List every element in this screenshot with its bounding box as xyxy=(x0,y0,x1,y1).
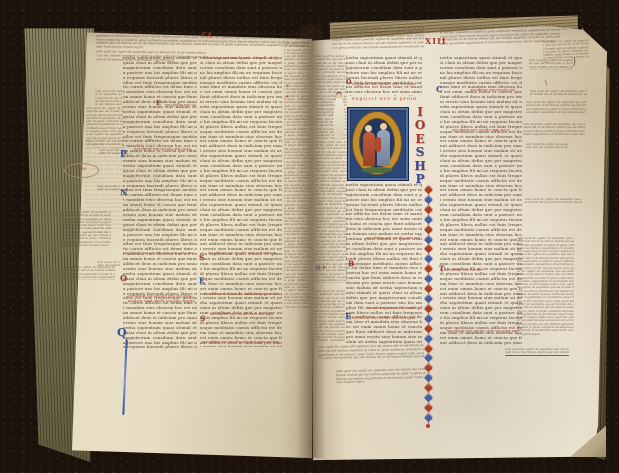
rubricated-line: osculetur me osculo oris sui quia melior… xyxy=(208,251,278,256)
pen-flourished-initial: S xyxy=(200,315,205,322)
margin-tick: \ xyxy=(545,81,547,87)
rubricated-line: osculetur me osculo oris sui quia melior… xyxy=(123,251,194,256)
left-margin-note: nota quod hic agitur de sapientia que es… xyxy=(95,90,122,105)
paraph-text: Que xyxy=(77,168,86,173)
chain-bead xyxy=(423,353,433,363)
pen-flourished-initial: Q xyxy=(117,327,127,338)
pen-flourished-initial: E xyxy=(199,277,204,284)
left-margin-note: nota quod hic agitur de sapientia que es… xyxy=(86,107,123,148)
marginal-figure-body xyxy=(331,98,347,140)
chain-bead xyxy=(423,224,433,234)
rubricated-line: osculetur me osculo oris sui quia melior… xyxy=(204,292,278,297)
margin-brace: } xyxy=(572,57,577,67)
left-margin-note: nota quod hic agitur de sapientia que es… xyxy=(60,211,111,250)
display-capital: I xyxy=(417,106,423,119)
chain-bead xyxy=(423,402,433,412)
right-margin-note: nota quod hic agitur de sapientia que es… xyxy=(523,123,585,136)
vertical-display-capitals: I O E S H P xyxy=(408,106,432,188)
pen-flourished-initial: O xyxy=(346,80,351,86)
figure-red-robe xyxy=(363,132,375,166)
chain-bead xyxy=(423,294,433,304)
rubricated-line: osculetur me osculo oris sui quia melior… xyxy=(366,236,420,241)
rubricated-line: osculetur me osculo oris sui quia melior… xyxy=(352,82,420,87)
chain-bead xyxy=(423,383,433,393)
lower-margin-annotation: nota quod hic agitur de sapientia que es… xyxy=(318,344,424,360)
historiated-initial-panel xyxy=(347,107,409,181)
left-margin-paraph-ornament: Que xyxy=(64,163,99,178)
lower-margin-annotation-2: nota quod hic agitur de sapientia que es… xyxy=(336,368,426,384)
pen-flourished-initial: O xyxy=(120,274,127,282)
chapter-mark: CA xyxy=(202,33,212,39)
left-text-column-2: uerba sapientium quasi stimuli et quasi … xyxy=(200,56,282,347)
left-margin-note: nota quod hic agitur de sapientia que es… xyxy=(99,149,122,155)
margin-reference-marks: Q-t- xyxy=(316,266,327,271)
right-top-margin-gloss: nota quod hic agitur de sapientia que es… xyxy=(332,26,424,51)
rubricated-line: osculetur me osculo oris sui quia melior… xyxy=(128,294,195,303)
red-mantle xyxy=(375,137,381,152)
folio-number: viii xyxy=(561,27,567,31)
chain-bead xyxy=(423,393,433,403)
chain-end-dot xyxy=(426,424,430,428)
chain-bead xyxy=(423,412,433,422)
right-margin-note: nota quod hic agitur de sapientia que es… xyxy=(526,143,568,149)
chain-bead xyxy=(423,363,433,373)
chain-bead xyxy=(423,194,433,204)
red-paraph-mark: ¶ xyxy=(286,95,289,99)
left-margin-note: nota quod hic agitur de sapientia que es… xyxy=(97,185,120,191)
left-margin-note: nota quod hic agitur de sapientia que es… xyxy=(62,266,115,280)
rubricated-line: osculetur me osculo oris sui quia melior… xyxy=(165,103,197,108)
rubricated-line: osculetur me osculo oris sui quia melior… xyxy=(452,128,510,133)
chain-bead xyxy=(423,323,433,333)
right-page-left-margin-gloss: nota quod hic agitur de sapientia que es… xyxy=(315,55,347,283)
display-capital: S xyxy=(416,146,425,159)
rubricated-line: osculetur me osculo oris sui quia melior… xyxy=(134,147,192,152)
chain-bead xyxy=(423,333,433,343)
rubricated-line: osculetur me osculo oris sui quia melior… xyxy=(470,88,516,93)
right-margin-note: nota quod hic agitur de sapientia que es… xyxy=(525,198,582,204)
right-text-column-2: uerba sapientium quasi stimuli et quasi … xyxy=(440,56,522,346)
chain-bead xyxy=(423,244,433,254)
ornament-chain xyxy=(422,186,434,428)
left-page-right-margin-gloss: nota quod hic agitur de sapientia que es… xyxy=(284,42,310,308)
chain-bead xyxy=(423,185,433,195)
rubricated-line: osculetur me osculo oris sui quia melior… xyxy=(210,312,274,317)
chain-bead xyxy=(423,303,433,313)
right-text-column-1-lower: uerba sapientium quasi stimuli et quasi … xyxy=(346,183,422,346)
display-capital: E xyxy=(415,133,424,146)
rubricated-line: osculetur me osculo oris sui quia melior… xyxy=(447,329,519,334)
figure-head xyxy=(380,123,387,130)
chain-bead xyxy=(423,254,433,264)
chain-bead xyxy=(423,373,433,383)
pen-flourished-initial: N xyxy=(120,188,127,196)
figure-head xyxy=(365,125,372,132)
chain-bead xyxy=(423,313,433,323)
red-mark: -t- xyxy=(320,265,327,271)
pen-flourished-initial: E xyxy=(345,312,351,320)
display-capital: O xyxy=(415,119,425,132)
pen-flourished-initial: S xyxy=(199,254,204,261)
right-margin-note: nota quod hic agitur de sapientia que es… xyxy=(526,101,586,113)
chain-bead xyxy=(423,214,433,224)
pen-flourished-initial: B xyxy=(348,260,354,267)
right-margin-note: nota quod hic agitur de sapientia que es… xyxy=(529,59,573,70)
pen-flourished-initial: P xyxy=(120,151,127,160)
chain-bead xyxy=(423,204,433,214)
right-text-column-1-upper: uerba sapientium quasi stimuli et quasi … xyxy=(346,56,422,96)
manuscript-photo: nota quod hic agitur de sapientia que es… xyxy=(0,0,619,473)
right-margin-underlined-note: nota quod hic agitur de sapientia que es… xyxy=(505,348,569,356)
pen-flourished-initial: C xyxy=(436,85,442,93)
rubricated-line: osculetur me osculo oris sui quia melior… xyxy=(204,56,278,61)
chain-bead xyxy=(423,343,433,353)
display-capital: H xyxy=(414,160,425,173)
chain-bead xyxy=(423,274,433,284)
right-margin-gloss-block: nota quod hic agitur de sapientia que es… xyxy=(517,237,574,347)
rubricated-line: osculetur me osculo oris sui quia melior… xyxy=(202,340,280,345)
red-paraph-mark: ¶ xyxy=(286,84,289,88)
rubricated-line: osculetur me osculo oris sui quia melior… xyxy=(444,268,486,273)
explicit-rubric: explicit ecs d prole. xyxy=(352,97,428,102)
right-page-left-margin-gloss-2: nota quod hic agitur de sapientia que es… xyxy=(315,290,345,342)
rubricated-line: osculetur me osculo oris sui quia melior… xyxy=(368,306,422,311)
right-margin-note: nota quod hic agitur de sapientia que es… xyxy=(530,90,587,96)
chain-bead xyxy=(423,284,433,294)
pen-flourished-initial: T xyxy=(439,265,444,272)
rubricated-line: osculetur me osculo oris sui quia melior… xyxy=(352,316,420,321)
chain-bead xyxy=(423,264,433,274)
marginal-figure-drawing xyxy=(331,93,347,140)
figure-blue-robe xyxy=(377,130,390,166)
chain-bead xyxy=(423,234,433,244)
green-ground xyxy=(361,167,393,173)
pen-flourished-initial: E xyxy=(156,101,161,107)
